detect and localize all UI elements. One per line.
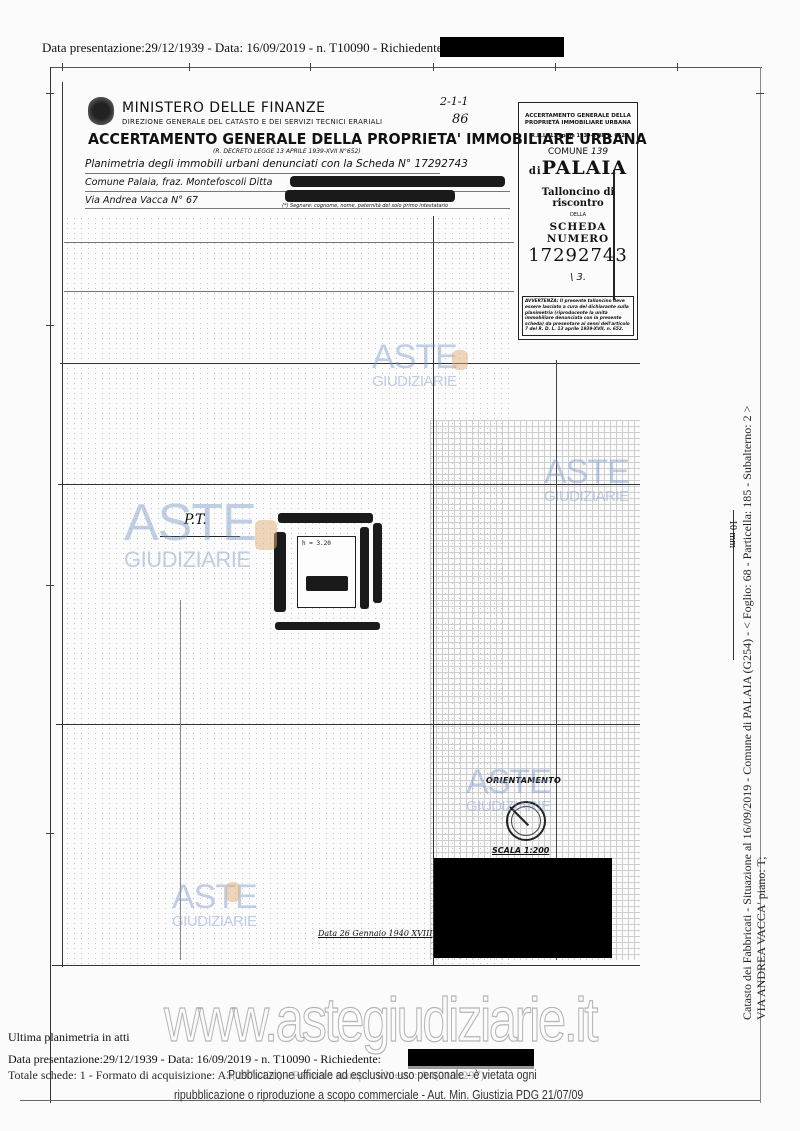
scale-label: SCALA 1:200: [492, 846, 549, 855]
tick-mark: [310, 63, 311, 71]
footer-last-plan: Ultima planimetria in atti: [8, 1030, 130, 1045]
tick-mark: [46, 325, 54, 326]
handwritten-note: 2-1-1: [440, 95, 468, 108]
header-info: Data presentazione:29/12/1939 - Data: 16…: [42, 40, 446, 56]
stub-comune: COMUNE 139: [519, 147, 637, 157]
planimetria-line: Planimetria degli immobili urbani denunc…: [85, 158, 468, 170]
tick-mark: [756, 93, 764, 94]
footer-line-1: Data presentazione:29/12/1939 - Data: 16…: [8, 1052, 381, 1067]
grid-line: [60, 363, 640, 364]
wall: [275, 622, 380, 630]
stamp-mark: [613, 170, 627, 300]
room-fill: [306, 576, 348, 591]
grid-line: [52, 965, 640, 966]
tick-mark: [46, 93, 54, 94]
scale-bar-label: 10 mm: [727, 520, 738, 548]
via-line: Via Andrea Vacca N° 67: [85, 195, 198, 206]
redacted-requester: [440, 37, 564, 57]
underline: [85, 173, 440, 174]
comune-line: Comune Palaia, fraz. Montefoscoli Ditta: [85, 177, 272, 188]
tick-mark: [677, 63, 678, 71]
room-height: h = 3.20: [302, 540, 331, 547]
date-signature: Data 26 Gennaio 1940 XVIII: [318, 929, 432, 938]
watermark: ASTEGIUDIZIARIE: [124, 497, 256, 571]
watermark: ASTEGIUDIZIARIE: [172, 880, 257, 929]
tick-mark: [189, 63, 190, 71]
handwritten-note: 86: [452, 112, 469, 127]
site-watermark: www.astegiudiziarie.it: [164, 985, 596, 1056]
usage-notice-2: ripubblicazione o riproduzione a scopo c…: [174, 1088, 583, 1102]
header-text: Data presentazione:29/12/1939 - Data: 16…: [42, 40, 446, 55]
grid-line: [433, 216, 434, 966]
grid-line: [64, 291, 514, 292]
stub-warning: AVVERTENZA: Il presente talloncino deve …: [522, 296, 634, 336]
tick-mark: [62, 63, 63, 71]
grid-line: [64, 242, 514, 243]
stub-heading-2: PROPRIETÀ IMMOBILIARE URBANA: [519, 120, 637, 127]
gavel-icon: [226, 882, 240, 902]
redacted-owner: [285, 190, 455, 202]
tick-mark: [46, 585, 54, 586]
tick-mark: [555, 63, 556, 71]
redacted-block: [434, 858, 612, 958]
watermark: ASTEGIUDIZIARIE: [372, 340, 457, 389]
owner-note: (*) Segnare: cognome, nome, paternità de…: [282, 203, 448, 209]
wall: [360, 527, 369, 609]
state-emblem-icon: [88, 96, 114, 126]
directorate-name: DIREZIONE GENERALE DEL CATASTO E DEI SER…: [122, 118, 382, 126]
cadastral-reference: Catasto dei Fabbricati - Situazione al 1…: [740, 406, 768, 1020]
wall: [373, 523, 382, 603]
frame-top: [50, 67, 762, 68]
redacted-owner: [290, 176, 505, 187]
decree-ref: (R. DECRETO LEGGE 13 APRILE 1939-XVII N°…: [213, 148, 361, 155]
watermark: ASTEGIUDIZIARIE: [544, 455, 629, 504]
usage-notice-1: Pubblicazione ufficiale ad esclusivo uso…: [228, 1068, 537, 1082]
stub-heading-1: ACCERTAMENTO GENERALE DELLA: [519, 113, 637, 120]
ministry-name: MINISTERO DELLE FINANZE: [122, 100, 325, 116]
wall: [278, 513, 373, 523]
stub-rdl: (R.D.L. 13 aprile 1939-XVII, n. 652): [519, 133, 637, 139]
tick-mark: [46, 833, 54, 834]
gavel-icon: [452, 350, 468, 370]
tick-mark: [433, 63, 434, 71]
grid-line: [56, 724, 640, 725]
watermark: ASTEGIUDIZIARIE: [466, 765, 551, 814]
gavel-icon: [255, 520, 277, 550]
